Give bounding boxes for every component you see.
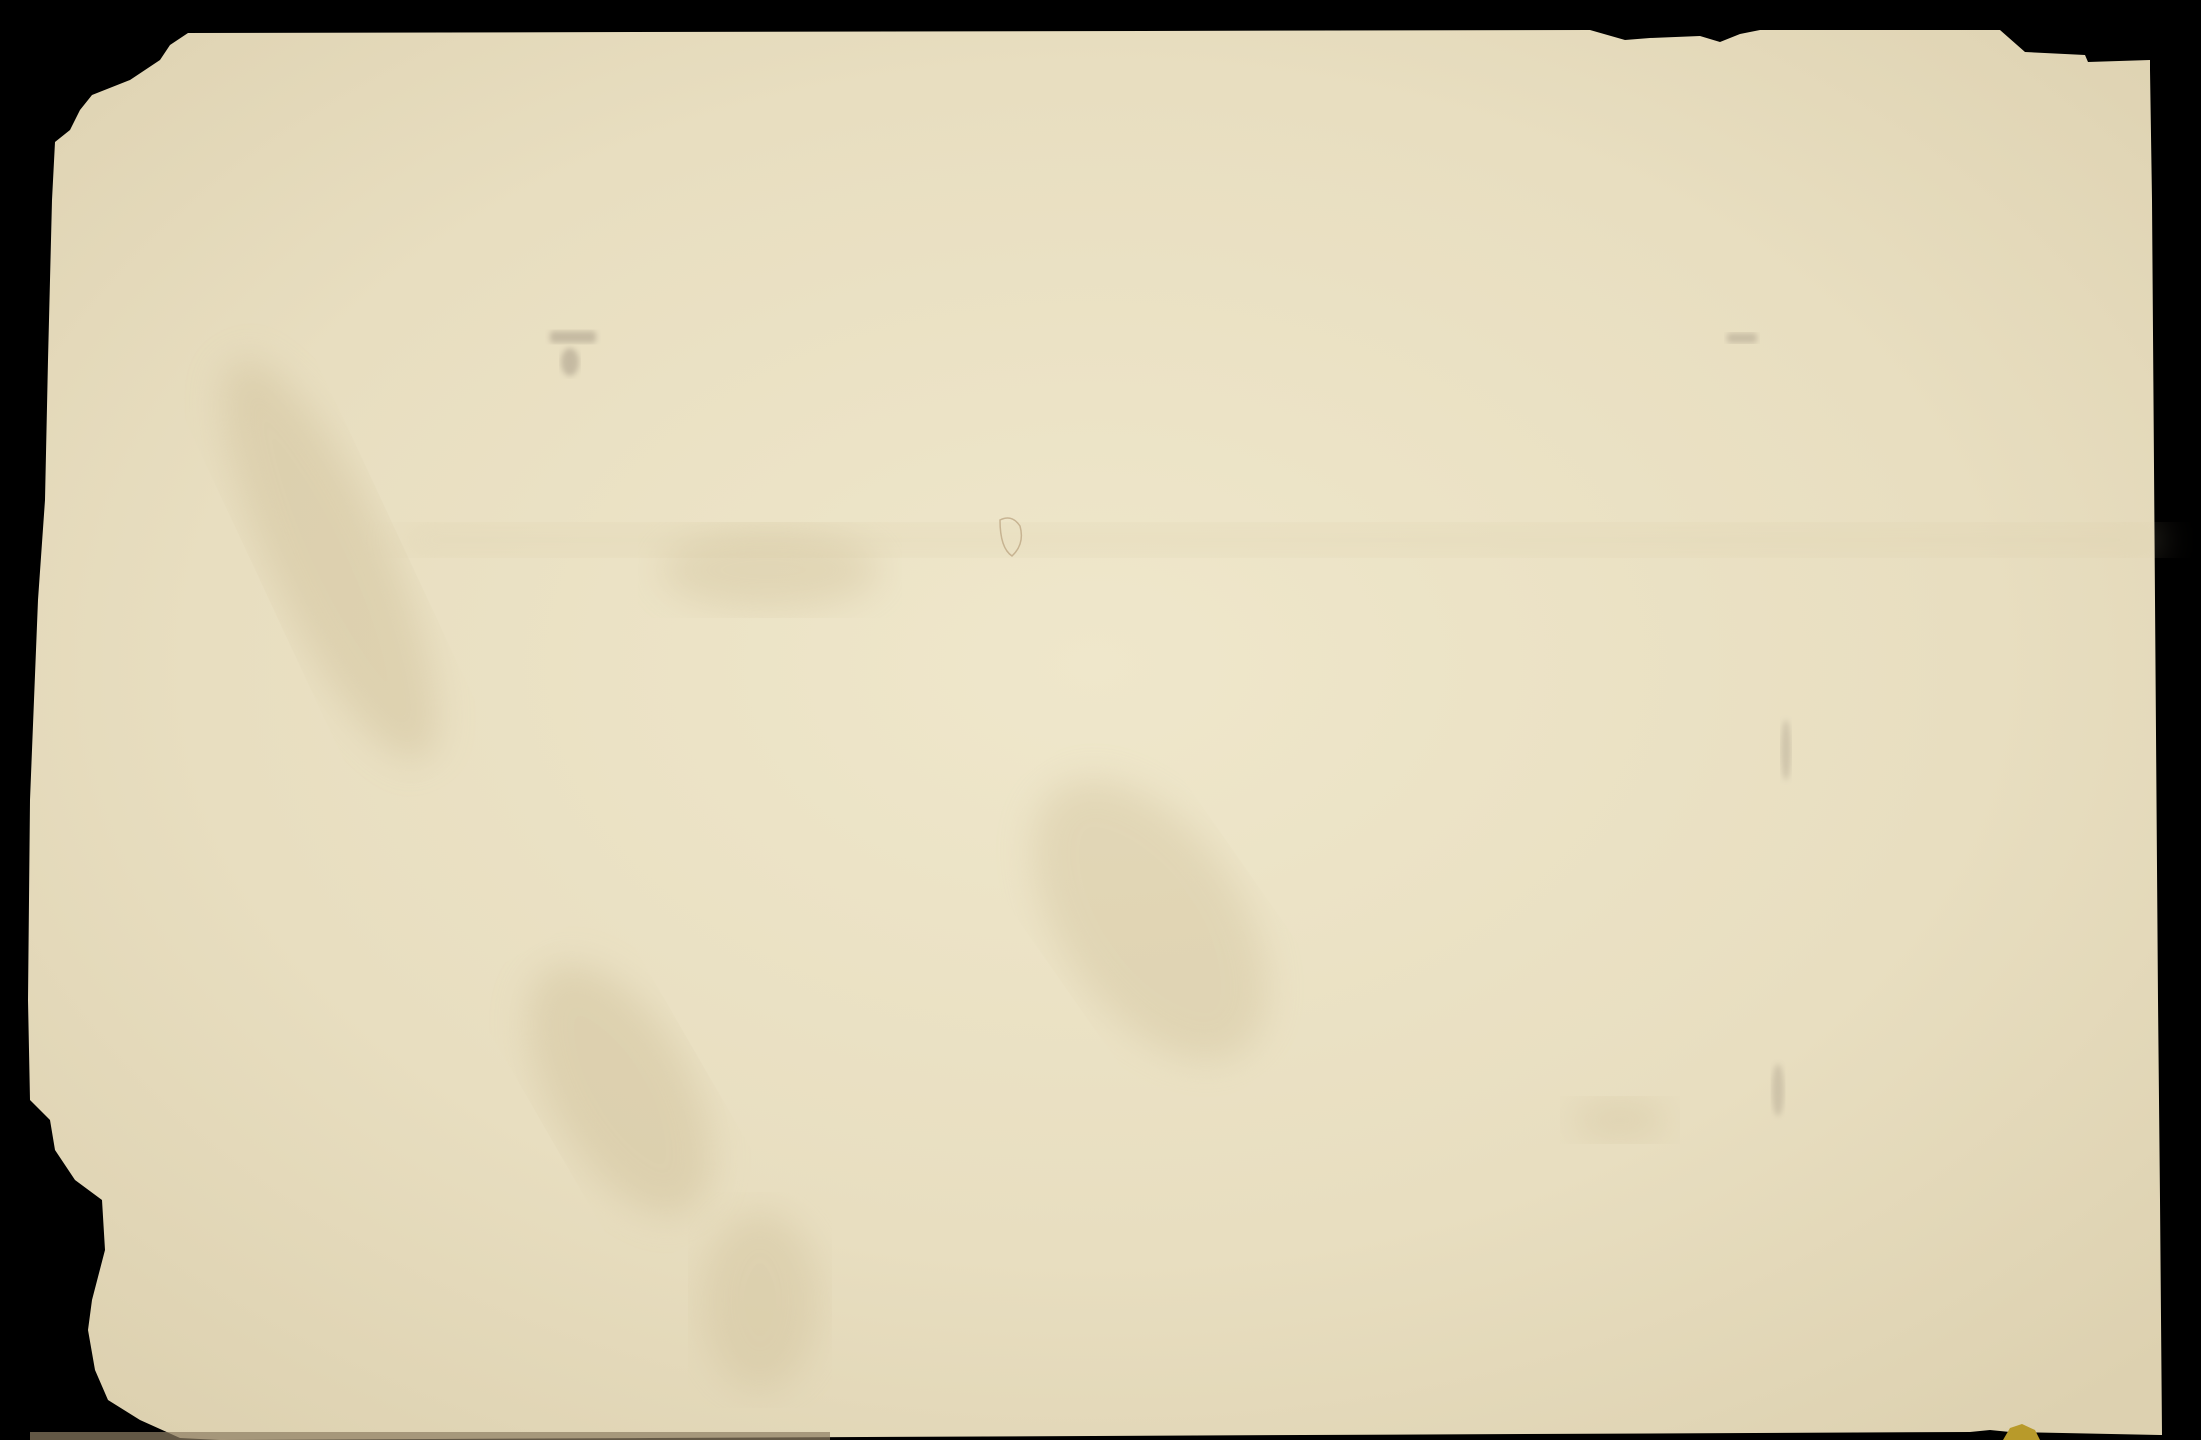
fold-line (400, 525, 2160, 555)
paper-shape (28, 30, 2162, 1440)
wax-mark-right (1727, 333, 1757, 343)
paper-sheet (0, 0, 2201, 1440)
scan-stage (0, 0, 2201, 1440)
